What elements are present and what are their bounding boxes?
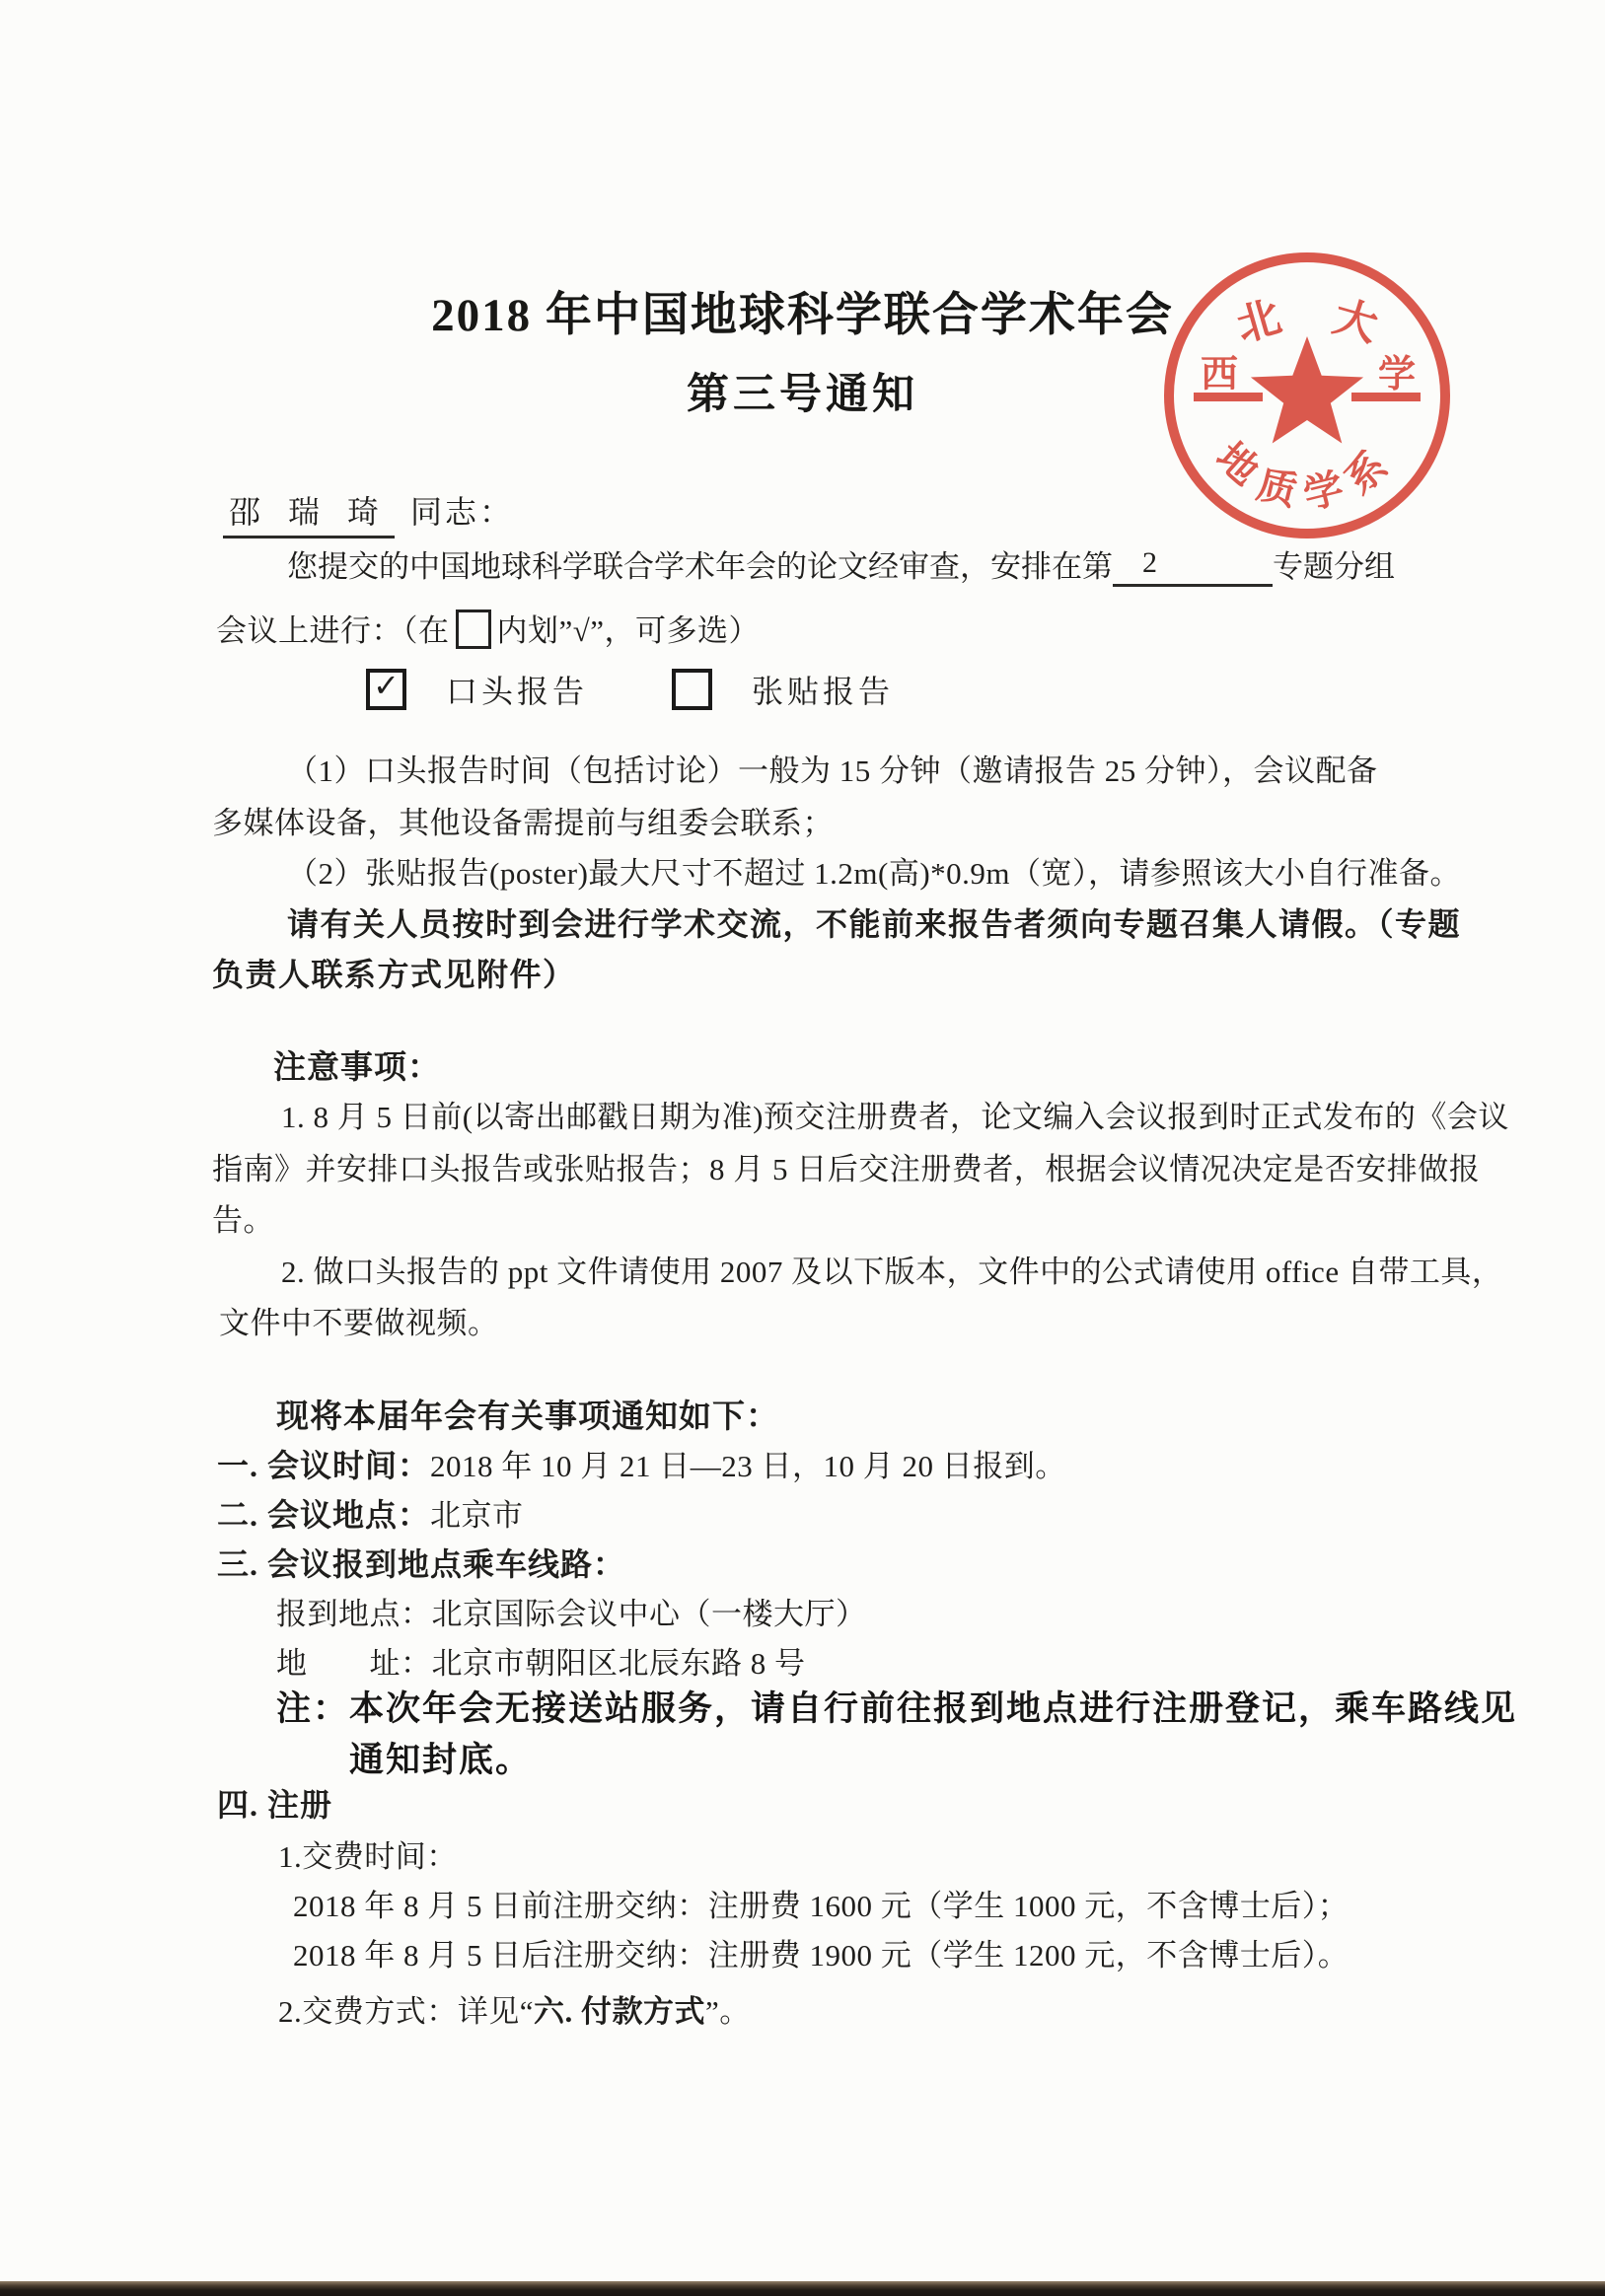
seal-char-top-right: 大 [1328,292,1383,350]
seal-star-icon [1251,336,1363,444]
attendance-note-line-1: 请有关人员按时到会进行学术交流，不能前来报告者须向专题召集人请假。（专题 [287,904,1461,946]
checkmark-icon: ✓ [373,670,400,701]
item-transport-label: 三. 会议报到地点乘车线路： [217,1544,625,1586]
fee-after-line: 2018 年 8 月 5 日后注册交纳：注册费 1900 元（学生 1200 元… [293,1936,1349,1975]
svg-text:地质学系: 地质学系 [1208,434,1407,518]
transport-note-line-2: 通知封底。 [349,1735,1517,1786]
instruction-1-line-2: 多媒体设备，其他设备需提前与组委会联系； [212,804,834,843]
department-seal: 北 大 西 学 地质学系 [1156,245,1458,546]
note-1-line-2: 指南》并安排口头报告或张贴报告；8 月 5 日后交注册费者，根据会议情况决定是否… [212,1150,1480,1189]
report-options-row: ✓ 口头报告 张贴报告 [366,667,894,712]
note-2-line-2: 文件中不要做视频。 [219,1304,499,1343]
assignment-line2-post: 内划”√”，可多选） [497,613,761,648]
fee-method-pre: 2.交费方式：详见“ [278,1994,534,2029]
item-meeting-time-text: 2018 年 10 月 21 日—23 日，10 月 20 日报到。 [430,1449,1066,1483]
item-meeting-place-text: 北京市 [430,1498,524,1533]
scanned-notice-page: 2018 年中国地球科学联合学术年会 第三号通知 北 大 西 学 地质学系 邵 … [0,0,1605,2296]
transport-note-block: 注： 本次年会无接送站服务，请自行前往报到地点进行注册登记，乘车路线见 通知封底… [276,1684,1517,1786]
assignment-line1-pre: 您提交的中国地球科学联合学术年会的论文经审查，安排在第 [287,549,1113,584]
poster-report-label: 张贴报告 [752,667,894,712]
fee-before-line: 2018 年 8 月 5 日前注册交纳：注册费 1600 元（学生 1000 元… [293,1887,1349,1926]
announcement-heading: 现将本届年会有关事项通知如下： [276,1397,779,1439]
salutation-line: 邵 瑞 琦同志： [223,487,514,538]
transport-note-line-1: 本次年会无接送站服务，请自行前往报到地点进行注册登记，乘车路线见 [349,1684,1517,1735]
arrival-location-line: 报到地点：北京国际会议中心（一楼大厅） [276,1595,867,1634]
topic-number-field[interactable]: 2 [1113,544,1273,587]
assignment-line2-pre: 会议上进行：（在 [216,613,450,648]
fee-time-label: 1.交费时间： [278,1837,458,1877]
oral-report-label: 口头报告 [446,667,588,712]
item-registration-label: 四. 注册 [217,1785,332,1827]
address-line: 地 址：北京市朝阳区北辰东路 8 号 [276,1644,806,1684]
fee-method-line: 2.交费方式：详见“六. 付款方式”。 [278,1992,751,2032]
topic-number: 2 [1142,543,1157,582]
fee-method-post: ”。 [705,1994,751,2029]
oral-report-checkbox[interactable]: ✓ [366,669,406,710]
item-meeting-place-label: 二. 会议地点： [217,1497,430,1533]
seal-char-top-left: 北 [1231,292,1286,350]
option-oral-report: ✓ 口头报告 [366,667,588,712]
assignment-line1-post: 专题分组 [1273,549,1395,584]
item-meeting-place: 二. 会议地点：北京市 [217,1495,524,1537]
fee-method-bold: 六. 付款方式 [534,1994,705,2029]
assignment-line2: 会议上进行：（在内划”√”，可多选） [216,610,760,651]
seal-char-mid-left: 西 [1201,354,1238,395]
note-1-line-1: 1. 8 月 5 日前(以寄出邮戳日期为准)预交注册费者，论文编入会议报到时正式… [281,1098,1509,1137]
recipient-name-field[interactable]: 邵 瑞 琦 [223,487,395,538]
scan-bottom-edge [0,2281,1605,2296]
instruction-2-line: （2）张贴报告(poster)最大尺寸不超过 1.2m(高)*0.9m（宽），请… [287,854,1461,894]
seal-bottom-text: 地质学系 [1208,434,1407,518]
seal-char-mid-right: 学 [1378,354,1416,395]
option-poster-report: 张贴报告 [672,667,894,712]
instruction-1-line-1: （1）口头报告时间（包括讨论）一般为 15 分钟（邀请报告 25 分钟），会议配… [287,752,1378,791]
attendance-note-line-2: 负责人联系方式见附件） [212,955,576,996]
note-2-line-1: 2. 做口头报告的 ppt 文件请使用 2007 及以下版本，文件中的公式请使用… [281,1253,1502,1292]
transport-note-label: 注： [276,1684,349,1786]
poster-report-checkbox[interactable] [672,669,712,710]
notes-heading: 注意事项： [273,1047,441,1090]
transport-note-lines: 本次年会无接送站服务，请自行前往报到地点进行注册登记，乘车路线见 通知封底。 [349,1684,1517,1786]
item-meeting-time-label: 一. 会议时间： [217,1448,430,1483]
inline-checkbox-icon [456,610,491,649]
assignment-line1: 您提交的中国地球科学联合学术年会的论文经审查，安排在第2专题分组 [287,544,1395,587]
salutation-suffix: 同志： [410,494,514,530]
item-meeting-time: 一. 会议时间：2018 年 10 月 21 日—23 日，10 月 20 日报… [217,1446,1066,1487]
note-1-line-3: 告。 [212,1201,274,1241]
